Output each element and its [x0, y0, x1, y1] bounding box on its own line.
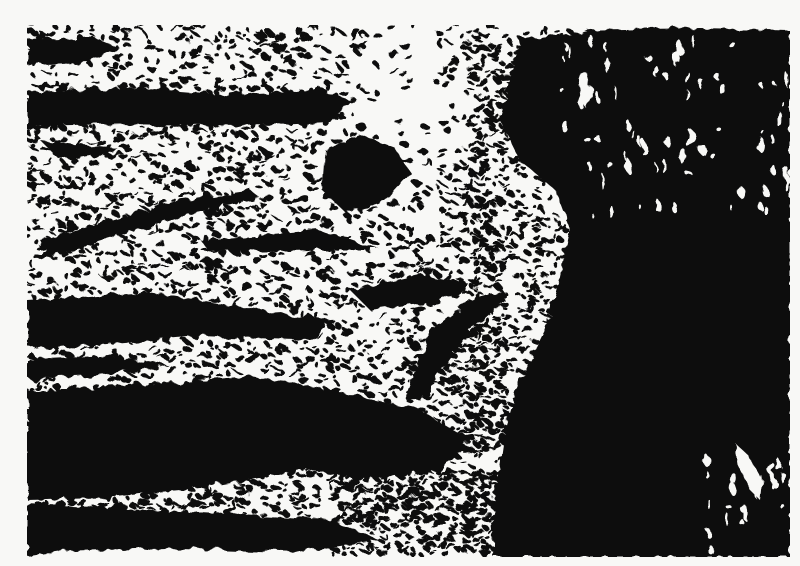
dark-bank-bottom: [27, 505, 380, 557]
paper-sheet: river scene with overhanging foliage and…: [0, 0, 800, 566]
dark-band-upper: [27, 88, 350, 126]
dark-band-top: [27, 38, 120, 64]
branch-stroke: [200, 230, 380, 252]
ink-artwork: [0, 0, 800, 566]
dark-bank-lower: [27, 376, 470, 500]
